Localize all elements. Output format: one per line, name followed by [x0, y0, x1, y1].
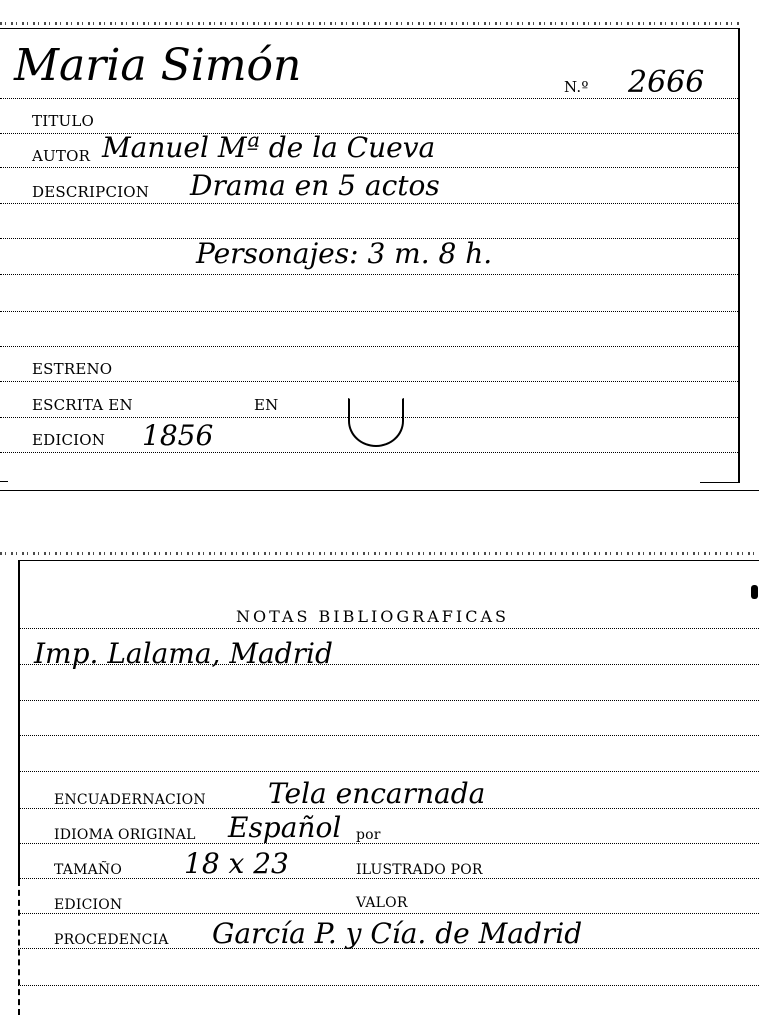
estreno-label: ESTRENO	[32, 362, 112, 377]
catalog-number: 2666	[628, 68, 704, 98]
card-top-edge	[0, 552, 759, 555]
ruled-line	[0, 452, 738, 453]
ruled-line	[18, 771, 759, 772]
en-label: EN	[254, 398, 278, 413]
card-top-border	[0, 28, 738, 29]
encuadernacion-label: ENCUADERNACION	[54, 793, 206, 807]
edicion-label: EDICION	[32, 433, 105, 448]
por-label: por	[356, 828, 381, 842]
valor-label: VALOR	[356, 896, 408, 910]
edicion-value: 1856	[142, 422, 213, 450]
punch-hole-mark	[348, 398, 404, 447]
autor-label: AUTOR	[32, 149, 90, 164]
ruled-line	[18, 735, 759, 736]
ruled-line	[0, 346, 738, 347]
idioma-value: Español	[228, 814, 341, 842]
ruled-line	[0, 203, 738, 204]
ruled-line	[18, 843, 759, 844]
card-top-border	[18, 560, 759, 561]
notes-value: Imp. Lalama, Madrid	[34, 640, 333, 668]
tamano-label: TAMAÑO	[54, 863, 122, 877]
procedencia-value: García P. y Cía. de Madrid	[212, 920, 582, 948]
card-bottom-left-tick	[0, 481, 8, 482]
card-bottom-border	[0, 490, 759, 491]
card-top-edge	[0, 22, 740, 25]
descripcion-value: Drama en 5 actos	[190, 172, 440, 200]
ruled-line	[18, 628, 759, 629]
ruled-line	[0, 381, 738, 382]
ruled-line	[18, 878, 759, 879]
ilustrado-label: ILUSTRADO POR	[356, 863, 483, 877]
notas-heading: NOTAS BIBLIOGRAFICAS	[236, 607, 509, 626]
card-right-border	[738, 28, 740, 483]
ruled-line	[0, 274, 738, 275]
personajes-value: Personajes: 3 m. 8 h.	[196, 240, 492, 268]
ruled-line	[0, 167, 738, 168]
ruled-line	[0, 311, 738, 312]
card-bottom-tick	[700, 482, 738, 483]
play-title-handwritten: Maria Simón	[14, 44, 301, 88]
idioma-label: IDIOMA ORIGINAL	[54, 828, 196, 842]
number-label: N.º	[564, 80, 589, 95]
titulo-label: TITULO	[32, 114, 94, 129]
autor-value: Manuel Mª de la Cueva	[102, 134, 435, 162]
procedencia-label: PROCEDENCIA	[54, 933, 169, 947]
escrita-en-label: ESCRITA EN	[32, 398, 133, 413]
ruled-line	[18, 913, 759, 914]
descripcion-label: DESCRIPCION	[32, 185, 149, 200]
ruled-line	[18, 700, 759, 701]
tamano-value: 18 x 23	[184, 850, 289, 878]
catalog-card-back: NOTAS BIBLIOGRAFICAS Imp. Lalama, Madrid…	[0, 540, 759, 1028]
edicion-label-back: EDICION	[54, 898, 122, 912]
catalog-card-front: Maria Simón N.º 2666 TITULO AUTOR Manuel…	[0, 0, 759, 495]
ink-blot	[751, 585, 758, 599]
card-left-border	[18, 560, 20, 880]
encuadernacion-value: Tela encarnada	[268, 780, 485, 808]
ruled-line	[18, 985, 759, 986]
